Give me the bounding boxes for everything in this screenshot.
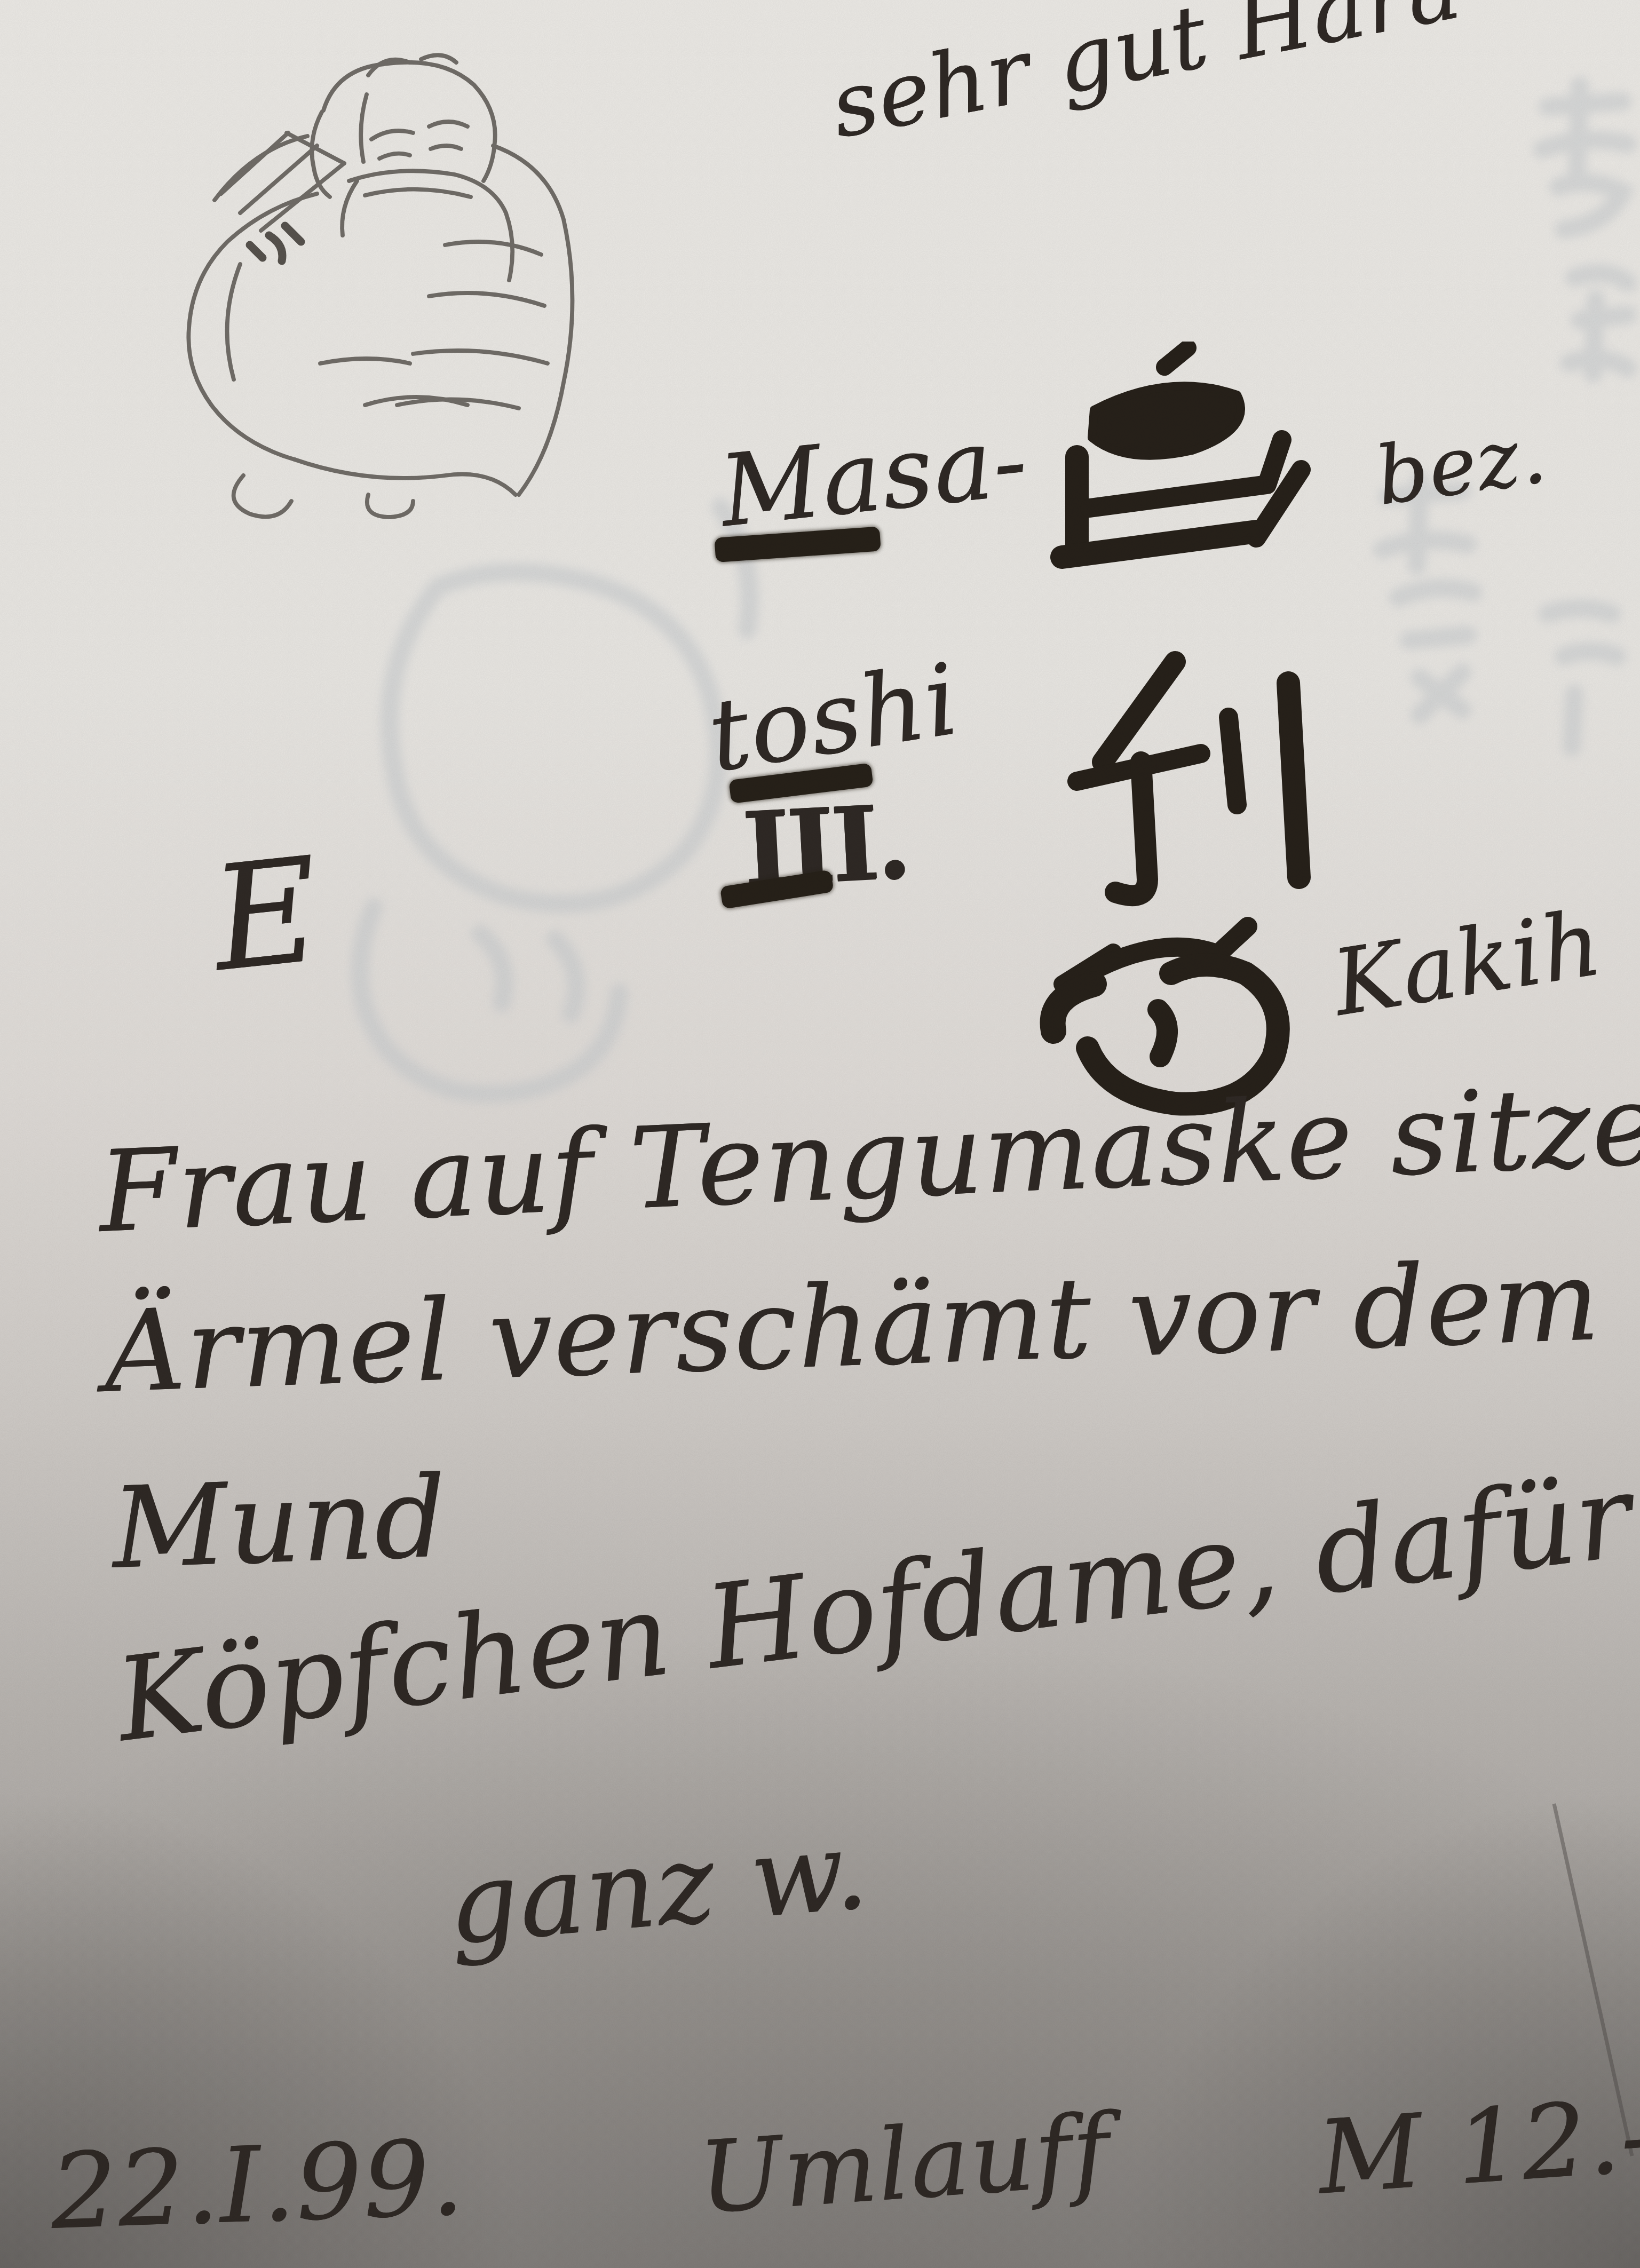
description-line-1: Frau auf Tengumaske sitzend [96,1062,1640,1249]
note-top-right: sehr gut Hara [824,0,1468,151]
notebook-page: sehr gut Hara Masa- bez. toshi III. E Ka… [0,0,1640,2268]
price-note: M 12.- [1314,2084,1640,2209]
brush-calligraphy [977,342,1382,1174]
dealer-name: Umlauff [696,2100,1113,2227]
artist-name-first: Masa- [715,411,1032,541]
signed-abbrev: bez. [1372,414,1551,517]
date-note: 22.I.99. [49,2126,466,2244]
artist-name-second: toshi [702,650,965,787]
description-line-2: Ärmel verschämt vor dem [102,1244,1602,1409]
description-line-5: ganz w. [443,1815,873,1961]
description-line-3: Mund [110,1461,449,1585]
figure-sketch [128,37,656,539]
letter-mark: E [206,838,327,992]
